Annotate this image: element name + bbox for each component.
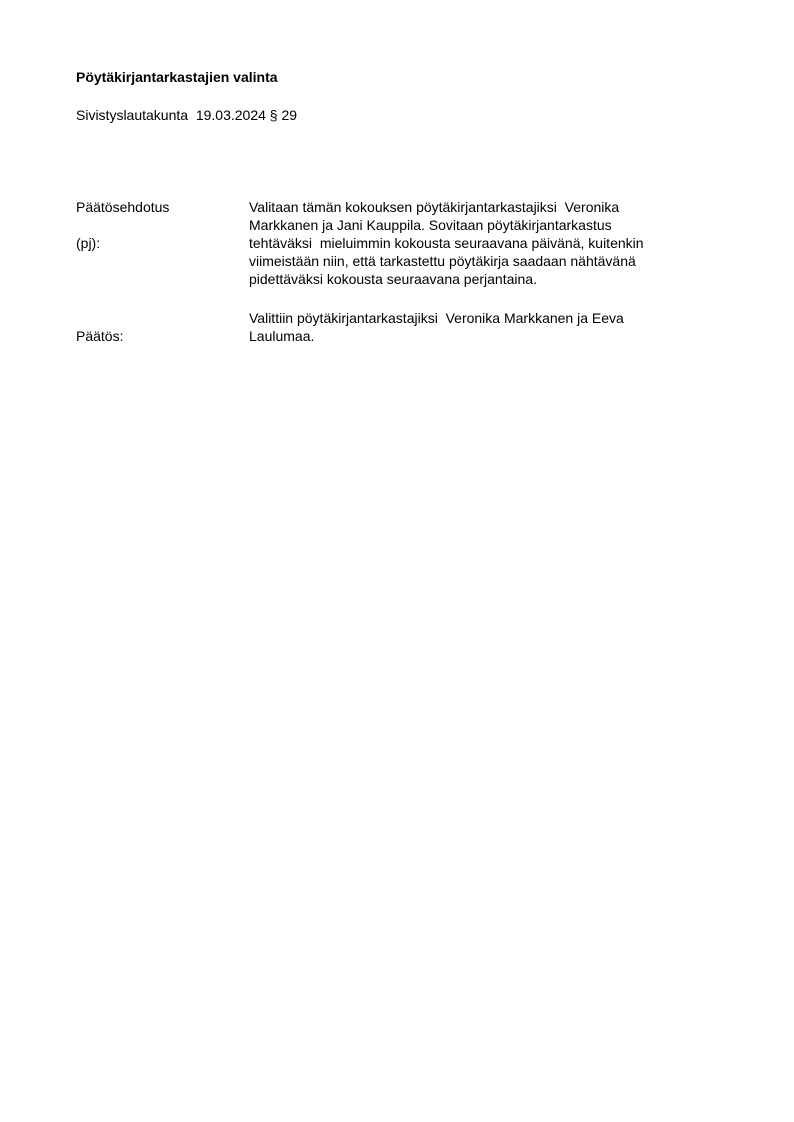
proposal-text-line: pidettäväksi kokousta seuraavana perjant… (249, 270, 699, 288)
decision-text-line: Valittiin pöytäkirjantarkastajiksi Veron… (249, 309, 699, 327)
document-title: Pöytäkirjantarkastajien valinta (76, 68, 278, 86)
proposal-text-line: Valitaan tämän kokouksen pöytäkirjantark… (249, 198, 699, 216)
proposal-text-line: Markkanen ja Jani Kauppila. Sovitaan pöy… (249, 216, 699, 234)
document-page: Pöytäkirjantarkastajien valinta Sivistys… (0, 0, 794, 1122)
proposal-text-line: tehtäväksi mieluimmin kokousta seuraavan… (249, 234, 699, 252)
decision-text: Valittiin pöytäkirjantarkastajiksi Veron… (249, 309, 699, 345)
proposal-label: Päätösehdotus (pj): (76, 180, 236, 252)
proposal-text: Valitaan tämän kokouksen pöytäkirjantark… (249, 198, 699, 288)
decision-label-line: Päätös: (76, 328, 123, 344)
decision-text-line: Laulumaa. (249, 327, 699, 345)
meeting-reference: Sivistyslautakunta 19.03.2024 § 29 (76, 106, 297, 124)
decision-label: Päätös: (76, 309, 236, 345)
proposal-text-line: viimeistään niin, että tarkastettu pöytä… (249, 252, 699, 270)
proposal-label-line: (pj): (76, 235, 100, 251)
proposal-label-line: Päätösehdotus (76, 199, 169, 215)
